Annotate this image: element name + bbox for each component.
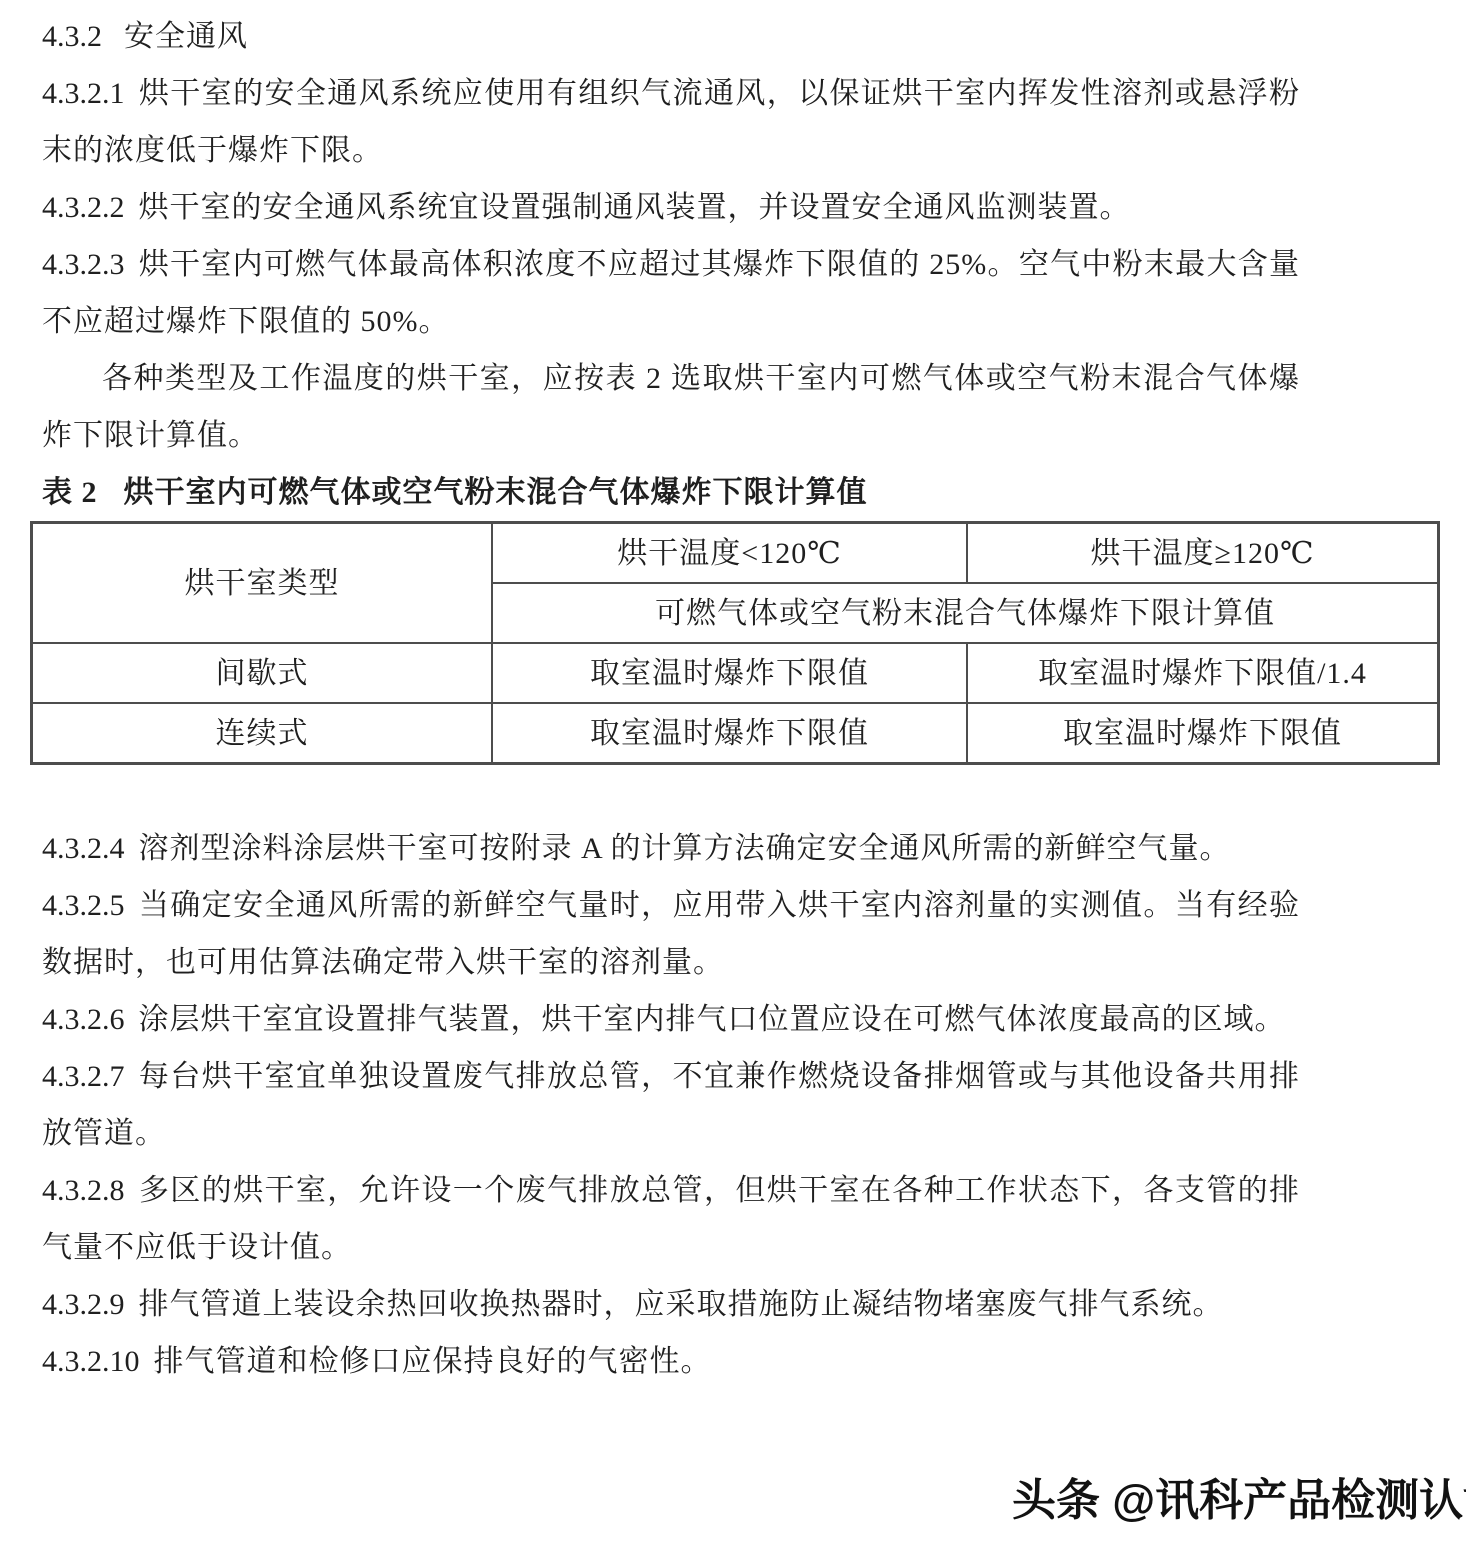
clause-text: 烘干室的安全通风系统应使用有组织气流通风，以保证烘干室内挥发性溶剂或悬浮粉末的浓…: [42, 77, 1300, 167]
clause-text: 涂层烘干室宜设置排气装置，烘干室内排气口位置应设在可燃气体浓度最高的区域。: [139, 1003, 1286, 1036]
clause-4-3-2-10: 4.3.2.10排气管道和检修口应保持良好的气密性。: [42, 1333, 1300, 1390]
clause-number: 4.3.2.3: [42, 248, 125, 281]
clause-4-3-2-2: 4.3.2.2烘干室的安全通风系统宜设置强制通风装置，并设置安全通风监测装置。: [42, 179, 1300, 236]
section-title: 安全通风: [124, 20, 248, 53]
clause-number: 4.3.2.8: [42, 1174, 125, 1207]
clause-number: 4.3.2.7: [42, 1060, 125, 1093]
table-caption-text: 烘干室内可燃气体或空气粉末混合气体爆炸下限计算值: [124, 476, 868, 509]
cell-room-type: 间歇式: [32, 643, 493, 703]
explosion-limit-table: 烘干室类型 烘干温度<120℃ 烘干温度≥120℃ 可燃气体或空气粉末混合气体爆…: [30, 521, 1440, 765]
clause-number: 4.3.2.4: [42, 832, 125, 865]
clause-4-3-2-1: 4.3.2.1烘干室的安全通风系统应使用有组织气流通风，以保证烘干室内挥发性溶剂…: [42, 65, 1300, 179]
cell-room-type: 连续式: [32, 703, 493, 764]
header-cell-temp-high: 烘干温度≥120℃: [967, 523, 1438, 584]
table-caption-label: 表 2: [42, 476, 98, 509]
clause-4-3-2-3: 4.3.2.3烘干室内可燃气体最高体积浓度不应超过其爆炸下限值的 25%。空气中…: [42, 236, 1300, 350]
clause-4-3-2-4: 4.3.2.4溶剂型涂料涂层烘干室可按附录 A 的计算方法确定安全通风所需的新鲜…: [42, 820, 1300, 877]
clause-number: 4.3.2.9: [42, 1288, 125, 1321]
clause-text-block: 4.3.2.4溶剂型涂料涂层烘干室可按附录 A 的计算方法确定安全通风所需的新鲜…: [42, 820, 1300, 1390]
clause-text: 烘干室的安全通风系统宜设置强制通风装置，并设置安全通风监测装置。: [139, 191, 1131, 224]
cell-lel-low: 取室温时爆炸下限值: [492, 643, 967, 703]
clause-text: 当确定安全通风所需的新鲜空气量时，应用带入烘干室内溶剂量的实测值。当有经验数据时…: [42, 889, 1300, 979]
clause-text: 排气管道上装设余热回收换热器时，应采取措施防止凝结物堵塞废气排气系统。: [139, 1288, 1224, 1321]
subheader-cell: 可燃气体或空气粉末混合气体爆炸下限计算值: [492, 583, 1439, 643]
clause-number: 4.3.2.2: [42, 191, 125, 224]
clause-text: 多区的烘干室，允许设一个废气排放总管，但烘干室在各种工作状态下，各支管的排气量不…: [42, 1174, 1300, 1264]
clause-number: 4.3.2.1: [42, 77, 125, 110]
toutiao-watermark: 头条 @讯科产品检测认证: [1012, 1474, 1462, 1528]
clause-text: 排气管道和检修口应保持良好的气密性。: [154, 1345, 712, 1378]
table-header-row: 烘干室类型 烘干温度<120℃ 烘干温度≥120℃: [32, 523, 1439, 584]
intro-note-paragraph: 各种类型及工作温度的烘干室，应按表 2 选取烘干室内可燃气体或空气粉末混合气体爆…: [42, 350, 1300, 464]
header-cell-type: 烘干室类型: [32, 523, 493, 644]
table-row: 连续式 取室温时爆炸下限值 取室温时爆炸下限值: [32, 703, 1439, 764]
clause-number: 4.3.2.6: [42, 1003, 125, 1036]
table-row: 间歇式 取室温时爆炸下限值 取室温时爆炸下限值/1.4: [32, 643, 1439, 703]
clause-text: 溶剂型涂料涂层烘干室可按附录 A 的计算方法确定安全通风所需的新鲜空气量。: [139, 832, 1231, 865]
clause-4-3-2-9: 4.3.2.9排气管道上装设余热回收换热器时，应采取措施防止凝结物堵塞废气排气系…: [42, 1276, 1300, 1333]
clause-4-3-2-7: 4.3.2.7每台烘干室宜单独设置废气排放总管，不宜兼作燃烧设备排烟管或与其他设…: [42, 1048, 1300, 1162]
clause-number: 4.3.2.10: [42, 1345, 140, 1378]
cell-lel-high: 取室温时爆炸下限值: [967, 703, 1438, 764]
clause-4-3-2-6: 4.3.2.6涂层烘干室宜设置排气装置，烘干室内排气口位置应设在可燃气体浓度最高…: [42, 991, 1300, 1048]
document-page: 4.3.2安全通风 4.3.2.1烘干室的安全通风系统应使用有组织气流通风，以保…: [0, 0, 1466, 1550]
clause-text: 每台烘干室宜单独设置废气排放总管，不宜兼作燃烧设备排烟管或与其他设备共用排放管道…: [42, 1060, 1300, 1150]
table-caption: 表 2烘干室内可燃气体或空气粉末混合气体爆炸下限计算值: [42, 464, 1300, 521]
header-cell-temp-low: 烘干温度<120℃: [492, 523, 967, 584]
section-heading: 4.3.2安全通风: [42, 8, 1300, 65]
clause-4-3-2-5: 4.3.2.5当确定安全通风所需的新鲜空气量时，应用带入烘干室内溶剂量的实测值。…: [42, 877, 1300, 991]
clause-text-block: 4.3.2安全通风 4.3.2.1烘干室的安全通风系统应使用有组织气流通风，以保…: [42, 8, 1300, 521]
clause-text: 烘干室内可燃气体最高体积浓度不应超过其爆炸下限值的 25%。空气中粉末最大含量不…: [42, 248, 1300, 338]
section-number: 4.3.2: [42, 20, 102, 53]
cell-lel-high: 取室温时爆炸下限值/1.4: [967, 643, 1438, 703]
clause-4-3-2-8: 4.3.2.8多区的烘干室，允许设一个废气排放总管，但烘干室在各种工作状态下，各…: [42, 1162, 1300, 1276]
cell-lel-low: 取室温时爆炸下限值: [492, 703, 967, 764]
clause-number: 4.3.2.5: [42, 889, 125, 922]
intro-note-text: 各种类型及工作温度的烘干室，应按表 2 选取烘干室内可燃气体或空气粉末混合气体爆…: [42, 362, 1300, 452]
